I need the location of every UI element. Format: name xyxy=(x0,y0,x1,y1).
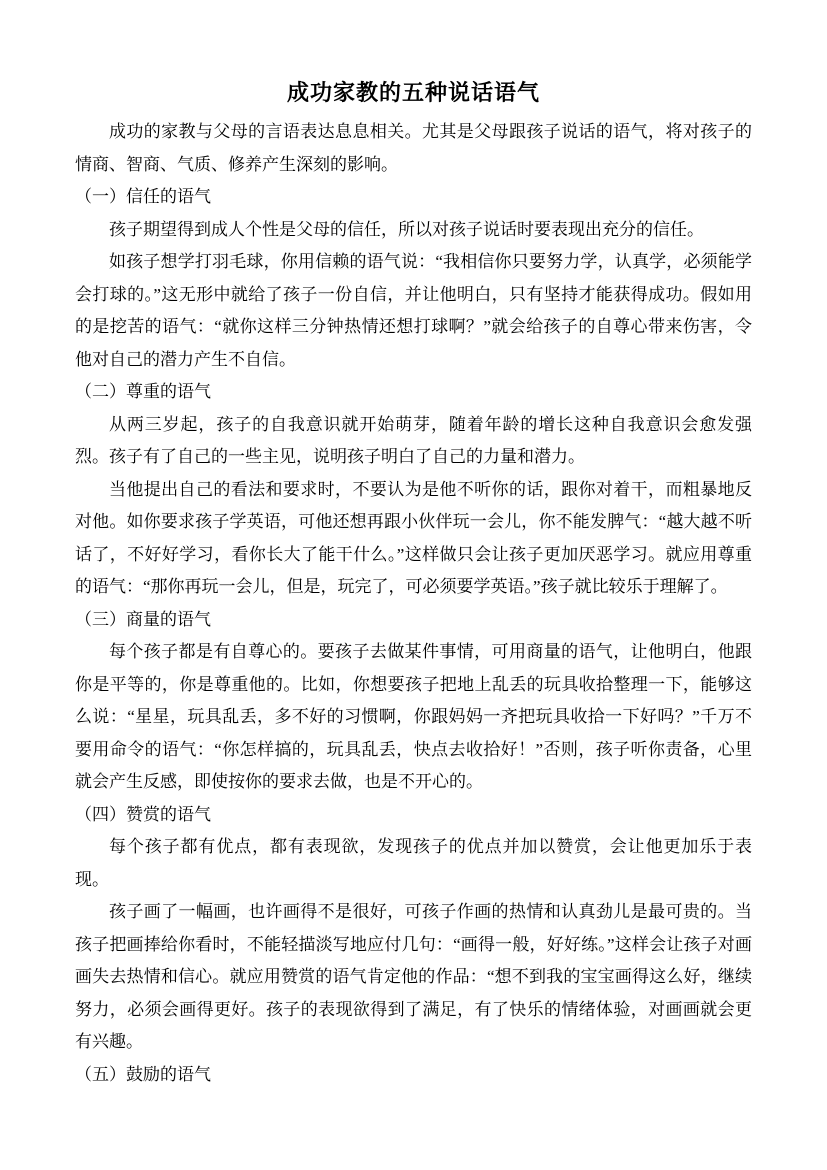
paragraph-intro: 成功的家教与父母的言语表达息息相关。尤其是父母跟孩子说话的语气，将对孩子的情商、… xyxy=(75,116,752,181)
paragraph-respect-1: 从两三岁起，孩子的自我意识就开始萌芽，随着年龄的增长这种自我意识会愈发强烈。孩子… xyxy=(75,409,752,474)
section-heading-consult: （三）商量的语气 xyxy=(75,604,752,637)
section-heading-trust: （一）信任的语气 xyxy=(75,181,752,214)
paragraph-consult-1: 每个孩子都是有自尊心的。要孩子去做某件事情，可用商量的语气，让他明白，他跟你是平… xyxy=(75,636,752,799)
paragraph-trust-2: 如孩子想学打羽毛球，你用信赖的语气说：“我相信你只要努力学，认真学，必须能学会打… xyxy=(75,246,752,376)
section-heading-encourage: （五）鼓励的语气 xyxy=(75,1059,752,1092)
document-title: 成功家教的五种说话语气 xyxy=(75,78,752,108)
paragraph-praise-1: 每个孩子都有优点，都有表现欲，发现孩子的优点并加以赞赏，会让他更加乐于表现。 xyxy=(75,831,752,896)
paragraph-respect-2: 当他提出自己的看法和要求时，不要认为是他不听你的话，跟你对着干，而粗暴地反对他。… xyxy=(75,474,752,604)
document-page: 成功家教的五种说话语气 成功的家教与父母的言语表达息息相关。尤其是父母跟孩子说话… xyxy=(0,0,827,1170)
section-heading-respect: （二）尊重的语气 xyxy=(75,376,752,409)
paragraph-trust-1: 孩子期望得到成人个性是父母的信任，所以对孩子说话时要表现出充分的信任。 xyxy=(75,214,752,247)
paragraph-praise-2: 孩子画了一幅画，也许画得不是很好，可孩子作画的热情和认真劲儿是最可贵的。当孩子把… xyxy=(75,896,752,1059)
section-heading-praise: （四）赞赏的语气 xyxy=(75,799,752,832)
